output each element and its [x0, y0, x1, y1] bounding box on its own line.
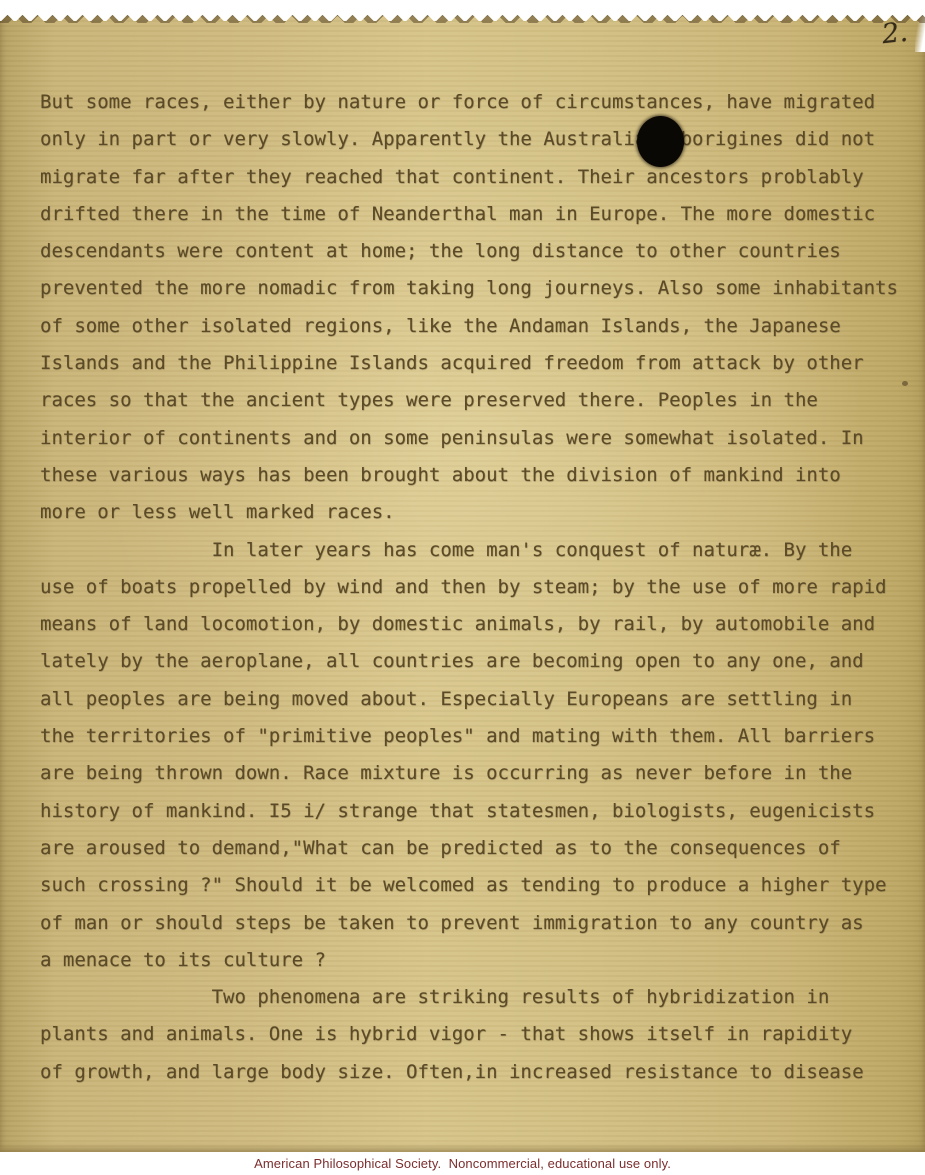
typewritten-line: lately by the aeroplane, all countries a… [40, 643, 910, 680]
typewritten-line: prevented the more nomadic from taking l… [40, 270, 910, 307]
hole-punch-mark [637, 116, 684, 167]
typewritten-line: drifted there in the time of Neanderthal… [40, 196, 910, 233]
handwritten-page-number: 2. [880, 17, 909, 51]
footer-strip: American Philosophical Society. Noncomme… [0, 1152, 925, 1175]
typewritten-line: of some other isolated regions, like the… [40, 308, 910, 345]
typewritten-line: descendants were content at home; the lo… [40, 233, 910, 270]
typewritten-line: plants and animals. One is hybrid vigor … [40, 1016, 910, 1053]
typewritten-line: of man or should steps be taken to preve… [40, 905, 910, 942]
typewritten-line: But some races, either by nature or forc… [40, 84, 910, 121]
typewritten-line: Islands and the Philippine Islands acqui… [40, 345, 910, 382]
typewritten-line: use of boats propelled by wind and then … [40, 569, 910, 606]
typewritten-line: of growth, and large body size. Often,in… [40, 1054, 910, 1091]
typewritten-line: all peoples are being moved about. Espec… [40, 681, 910, 718]
typewritten-line: are aroused to demand,"What can be predi… [40, 830, 910, 867]
typewritten-line: Two phenomena are striking results of hy… [40, 979, 910, 1016]
typewritten-line: are being thrown down. Race mixture is o… [40, 755, 910, 792]
ink-speck [902, 381, 908, 386]
attribution-footer: American Philosophical Society. Noncomme… [254, 1156, 671, 1171]
typewritten-line: races so that the ancient types were pre… [40, 382, 910, 419]
typewritten-text: But some races, either by nature or forc… [40, 84, 910, 1091]
typewritten-line: the territories of "primitive peoples" a… [40, 718, 910, 755]
typewritten-line: such crossing ?" Should it be welcomed a… [40, 867, 910, 904]
typewritten-line: history of mankind. I5 i/ strange that s… [40, 793, 910, 830]
typewritten-line: only in part or very slowly. Apparently … [40, 121, 910, 158]
typewritten-line: more or less well marked races. [40, 494, 910, 531]
typewritten-line: these various ways has been brought abou… [40, 457, 910, 494]
typewritten-line: interior of continents and on some penin… [40, 420, 910, 457]
typewritten-line: means of land locomotion, by domestic an… [40, 606, 910, 643]
typewritten-line: migrate far after they reached that cont… [40, 159, 910, 196]
typewritten-line: a menace to its culture ? [40, 942, 910, 979]
typewritten-line: In later years has come man's conquest o… [40, 532, 910, 569]
torn-paper-edge [0, 0, 925, 9]
